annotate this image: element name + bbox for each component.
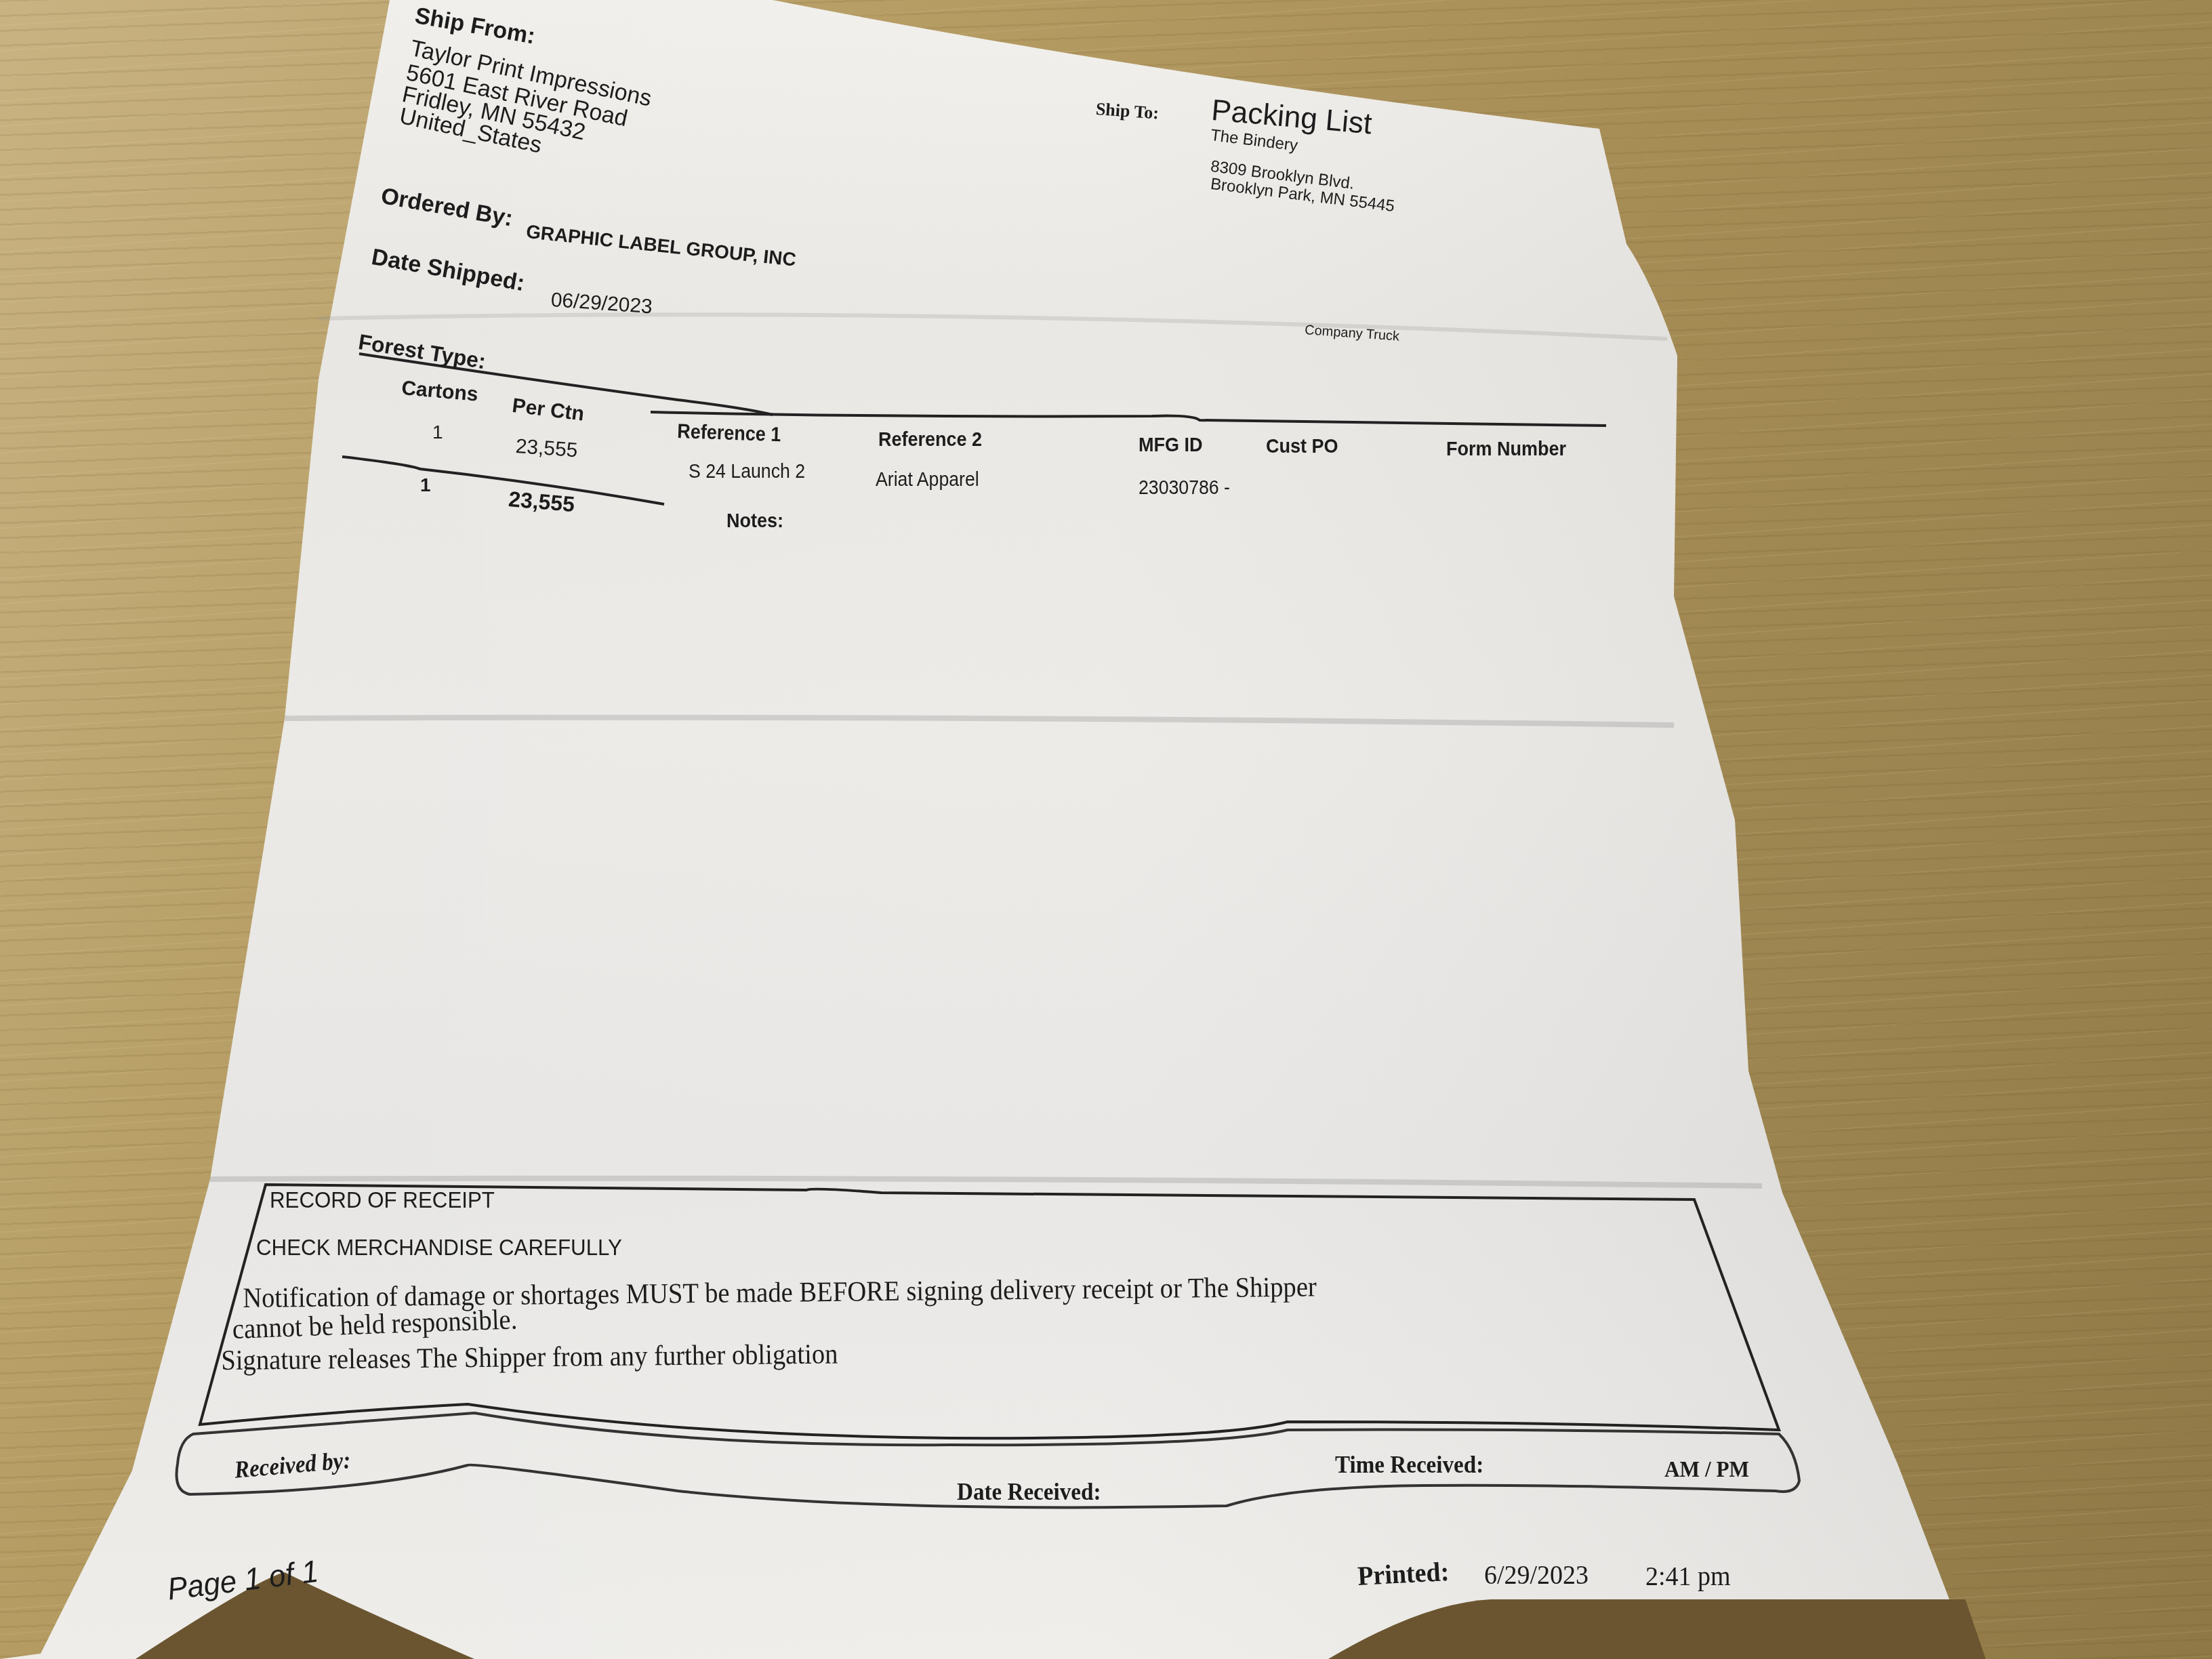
receipt-notice: Signature releases The Shipper from any … — [221, 1338, 838, 1377]
printed-date: 6/29/2023 — [1484, 1559, 1589, 1591]
reference-header-cust-po: Cust PO — [1266, 435, 1338, 458]
time-received-label[interactable]: Time Received: — [1335, 1450, 1483, 1479]
reference-row-ref2: Ariat Apparel — [876, 469, 979, 491]
reference-header-ref1: Reference 1 — [677, 420, 781, 447]
quantity-row-per-ctn: 23,555 — [515, 435, 579, 462]
date-received-label[interactable]: Date Received: — [957, 1477, 1101, 1506]
receipt-title: RECORD OF RECEIPT — [270, 1187, 495, 1214]
quantity-total-cartons: 1 — [420, 474, 431, 496]
reference-header-mfg-id: MFG ID — [1139, 434, 1203, 457]
ship-to-label: Ship To: — [1095, 99, 1160, 123]
receipt-subtitle: CHECK MERCHANDISE CAREFULLY — [256, 1235, 622, 1261]
reference-header-form-number: Form Number — [1446, 438, 1566, 461]
reference-row-mfg-id: 23030786 - — [1139, 477, 1230, 499]
printed-time: 2:41 pm — [1645, 1560, 1731, 1592]
paper-sheet — [0, 0, 2212, 1659]
notes-label: Notes: — [726, 510, 783, 533]
reference-header-ref2: Reference 2 — [878, 428, 982, 451]
printed-label: Printed: — [1357, 1555, 1450, 1592]
am-pm-label: AM / PM — [1664, 1457, 1749, 1483]
reference-row-ref1: S 24 Launch 2 — [689, 461, 805, 483]
quantity-row-cartons: 1 — [432, 422, 443, 443]
